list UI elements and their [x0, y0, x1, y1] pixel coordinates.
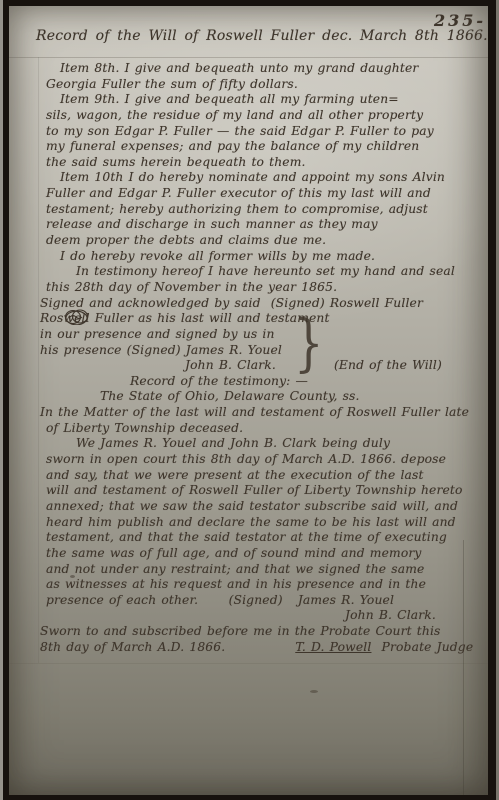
text-segment: Item 8th. I give and bequeath unto my gr…	[60, 61, 418, 75]
text-line: and not under any restraint; and that we…	[46, 562, 499, 578]
text-segment: the said sums herein bequeath to them.	[46, 155, 306, 169]
text-segment: (End of the Will)	[334, 358, 442, 374]
text-segment: John B. Clark.	[345, 608, 436, 622]
text-segment: presence of each other. (Signed) James R…	[46, 593, 394, 607]
text-segment: release and discharge in such manner as …	[46, 217, 378, 231]
text-segment: the same was of full age, and of sound m…	[46, 546, 422, 560]
text-line: We James R. Youel and John B. Clark bein…	[76, 436, 499, 452]
text-segment: Signed and acknowledged by said (Signed)…	[40, 296, 423, 310]
text-segment: Sworn to and subscribed before me in the…	[40, 624, 441, 638]
text-line: Sworn to and subscribed before me in the…	[40, 624, 499, 640]
witness-brace: }	[294, 312, 324, 378]
text-line: presence of each other. (Signed) James R…	[46, 593, 499, 609]
text-line: as witnesses at his request and in his p…	[46, 577, 499, 593]
text-line: in our presence and signed by us in	[40, 327, 499, 343]
text-segment: his presence (Signed) James R. Youel	[40, 343, 282, 357]
text-line: Roswell Fuller as his last will and test…	[40, 311, 499, 327]
text-segment: Roswell Fuller as his last will and test…	[40, 311, 330, 325]
text-line: and say, that we were present at the exe…	[46, 468, 499, 484]
text-line: heard him publish and declare the same t…	[46, 515, 499, 531]
document-body: Item 8th. I give and bequeath unto my gr…	[0, 61, 499, 655]
text-line: Item 10th I do hereby nominate and appoi…	[60, 170, 499, 186]
text-segment: Fuller and Edgar P. Fuller executor of t…	[46, 186, 431, 200]
text-segment: testament, and that the said testator at…	[46, 530, 447, 544]
text-segment: I do hereby revoke all former wills by m…	[60, 249, 375, 263]
text-line: will and testament of Roswell Fuller of …	[46, 483, 499, 499]
ink-smudge	[310, 690, 318, 693]
text-segment: Item 10th I do hereby nominate and appoi…	[60, 170, 445, 184]
text-line: testament, and that the said testator at…	[46, 530, 499, 546]
text-line: I do hereby revoke all former wills by m…	[60, 249, 499, 265]
text-line: Fuller and Edgar P. Fuller executor of t…	[46, 186, 499, 202]
text-segment: and say, that we were present at the exe…	[46, 468, 424, 482]
text-segment: Item 9th. I give and bequeath all my far…	[60, 92, 399, 106]
horizontal-crease-bottom	[9, 663, 488, 664]
text-line: John B. Clark.(End of the Will)	[185, 358, 499, 374]
text-segment: of Liberty Township deceased.	[46, 421, 243, 435]
text-line: 8th day of March A.D. 1866.T. D. Powell …	[40, 640, 499, 656]
document-title: Record of the Will of Roswell Fuller dec…	[36, 28, 476, 44]
text-segment: to my son Edgar P. Fuller — the said Edg…	[46, 124, 434, 138]
text-line: my funeral expenses; and pay the balance…	[46, 139, 499, 155]
text-segment: Record of the testimony: —	[130, 374, 308, 388]
text-line: The State of Ohio, Delaware County, ss.	[100, 389, 499, 405]
text-segment: 8th day of March A.D. 1866.	[40, 640, 225, 654]
text-line: annexed; that we saw the said testator s…	[46, 499, 499, 515]
text-segment: as witnesses at his request and in his p…	[46, 577, 426, 591]
text-segment: Probate Judge	[371, 640, 473, 654]
text-segment: and not under any restraint; and that we…	[46, 562, 424, 576]
text-segment: annexed; that we saw the said testator s…	[46, 499, 458, 513]
photo-frame: 235- Record of the Will of Roswell Fulle…	[0, 0, 499, 800]
text-line: sils, wagon, the residue of my land and …	[46, 108, 499, 124]
text-line: to my son Edgar P. Fuller — the said Edg…	[46, 124, 499, 140]
text-line: Georgia Fuller the sum of fifty dollars.	[46, 77, 499, 93]
text-segment: T. D. Powell	[295, 640, 371, 656]
text-line: deem proper the debts and claims due me.	[46, 233, 499, 249]
text-segment: The State of Ohio, Delaware County, ss.	[100, 389, 360, 403]
text-segment: In testimony hereof I have hereunto set …	[76, 264, 455, 278]
text-segment: heard him publish and declare the same t…	[46, 515, 456, 529]
text-line: Item 9th. I give and bequeath all my far…	[60, 92, 499, 108]
text-line: In testimony hereof I have hereunto set …	[76, 264, 499, 280]
text-segment: in our presence and signed by us in	[40, 327, 275, 341]
text-segment: this 28th day of November in the year 18…	[46, 280, 337, 294]
text-line: this 28th day of November in the year 18…	[46, 280, 499, 296]
text-line: the said sums herein bequeath to them.	[46, 155, 499, 171]
horizontal-crease-top	[9, 57, 488, 58]
text-segment: sworn in open court this 8th day of Marc…	[46, 452, 446, 466]
text-line: his presence (Signed) James R. Youel	[40, 343, 499, 359]
text-segment: We James R. Youel and John B. Clark bein…	[76, 436, 390, 450]
text-line: the same was of full age, and of sound m…	[46, 546, 499, 562]
text-segment: deem proper the debts and claims due me.	[46, 233, 326, 247]
text-line: Signed and acknowledged by said (Signed)…	[40, 296, 499, 312]
text-line: John B. Clark.	[345, 608, 499, 624]
text-segment: In the Matter of the last will and testa…	[40, 405, 469, 419]
text-line: sworn in open court this 8th day of Marc…	[46, 452, 499, 468]
text-segment: testament; hereby authorizing them to co…	[46, 202, 428, 216]
text-segment: sils, wagon, the residue of my land and …	[46, 108, 423, 122]
text-line: In the Matter of the last will and testa…	[40, 405, 499, 421]
text-segment: my funeral expenses; and pay the balance…	[46, 139, 419, 153]
text-segment: will and testament of Roswell Fuller of …	[46, 483, 463, 497]
text-segment: Georgia Fuller the sum of fifty dollars.	[46, 77, 298, 91]
text-line: release and discharge in such manner as …	[46, 217, 499, 233]
text-segment: John B. Clark.	[185, 358, 276, 372]
text-line: Item 8th. I give and bequeath unto my gr…	[60, 61, 499, 77]
text-line: testament; hereby authorizing them to co…	[46, 202, 499, 218]
text-line: of Liberty Township deceased.	[46, 421, 499, 437]
ink-dot	[70, 575, 75, 578]
